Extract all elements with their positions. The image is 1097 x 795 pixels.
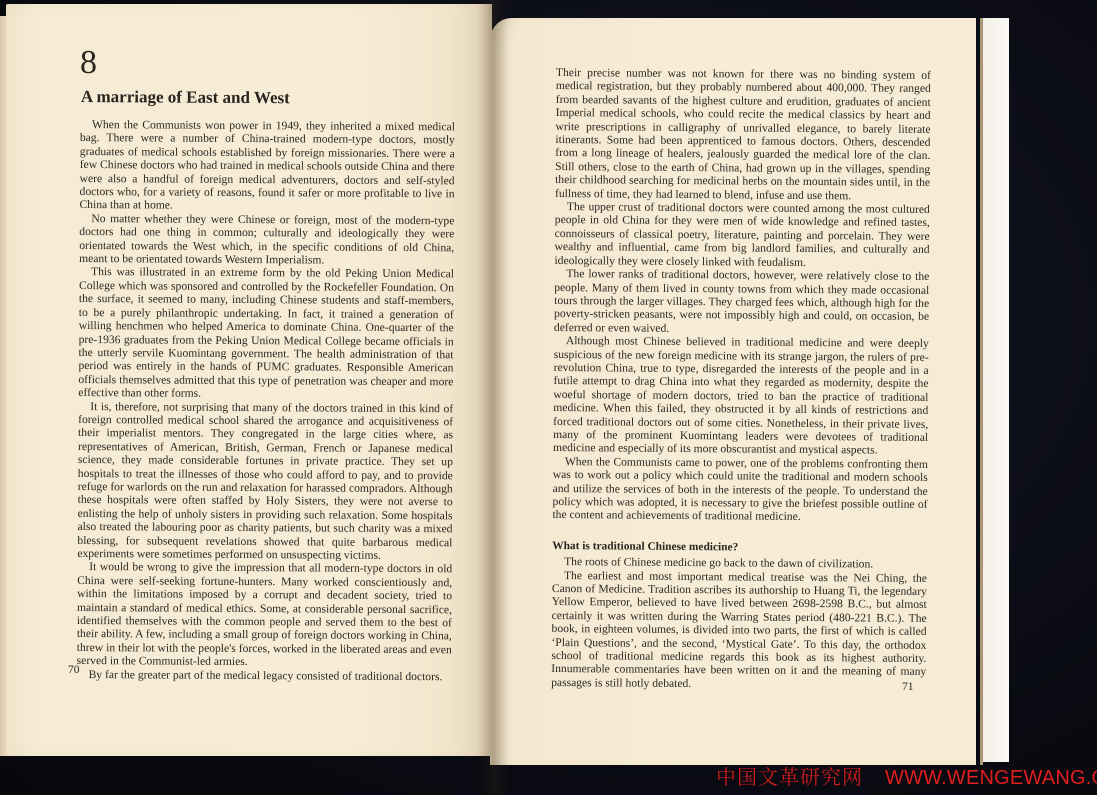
paragraph: No matter whether they were Chinese or f… bbox=[79, 212, 454, 268]
left-page-body: When the Communists won power in 1949, t… bbox=[77, 118, 455, 683]
paragraph: It would be wrong to give the impression… bbox=[77, 560, 453, 670]
paragraph: The lower ranks of traditional doctors, … bbox=[554, 267, 930, 337]
page-number-left: 70 bbox=[68, 664, 80, 676]
watermark-chinese: 中国文革研究网 bbox=[716, 767, 863, 789]
watermark: 中国文革研究网WWW.WENGEWANG.ORG bbox=[716, 766, 1097, 790]
paragraph: This was illustrated in an extreme form … bbox=[78, 265, 454, 401]
paragraph: When the Communists came to power, one o… bbox=[552, 455, 928, 525]
paragraph: Although most Chinese believed in tradit… bbox=[553, 334, 929, 458]
chapter-number: 8 bbox=[80, 44, 97, 82]
watermark-url: WWW.WENGEWANG.ORG bbox=[885, 767, 1097, 789]
right-page-flyleaf bbox=[983, 18, 1009, 762]
paragraph: Their precise number was not known for t… bbox=[555, 66, 931, 203]
paragraph: When the Communists won power in 1949, t… bbox=[79, 118, 455, 214]
paragraph: The upper crust of traditional doctors w… bbox=[554, 200, 930, 270]
section-heading: What is traditional Chinese medicine? bbox=[552, 540, 927, 556]
right-page-body: Their precise number was not known for t… bbox=[551, 66, 931, 692]
paragraph: The earliest and most important medical … bbox=[551, 569, 927, 693]
paragraph: It is, therefore, not surprising that ma… bbox=[77, 400, 453, 563]
scanned-book-spread: 8 A marriage of East and West When the C… bbox=[0, 0, 1097, 795]
page-number-right: 71 bbox=[902, 681, 914, 693]
chapter-title: A marriage of East and West bbox=[81, 87, 290, 108]
paragraph: By far the greater part of the medical l… bbox=[77, 668, 452, 684]
